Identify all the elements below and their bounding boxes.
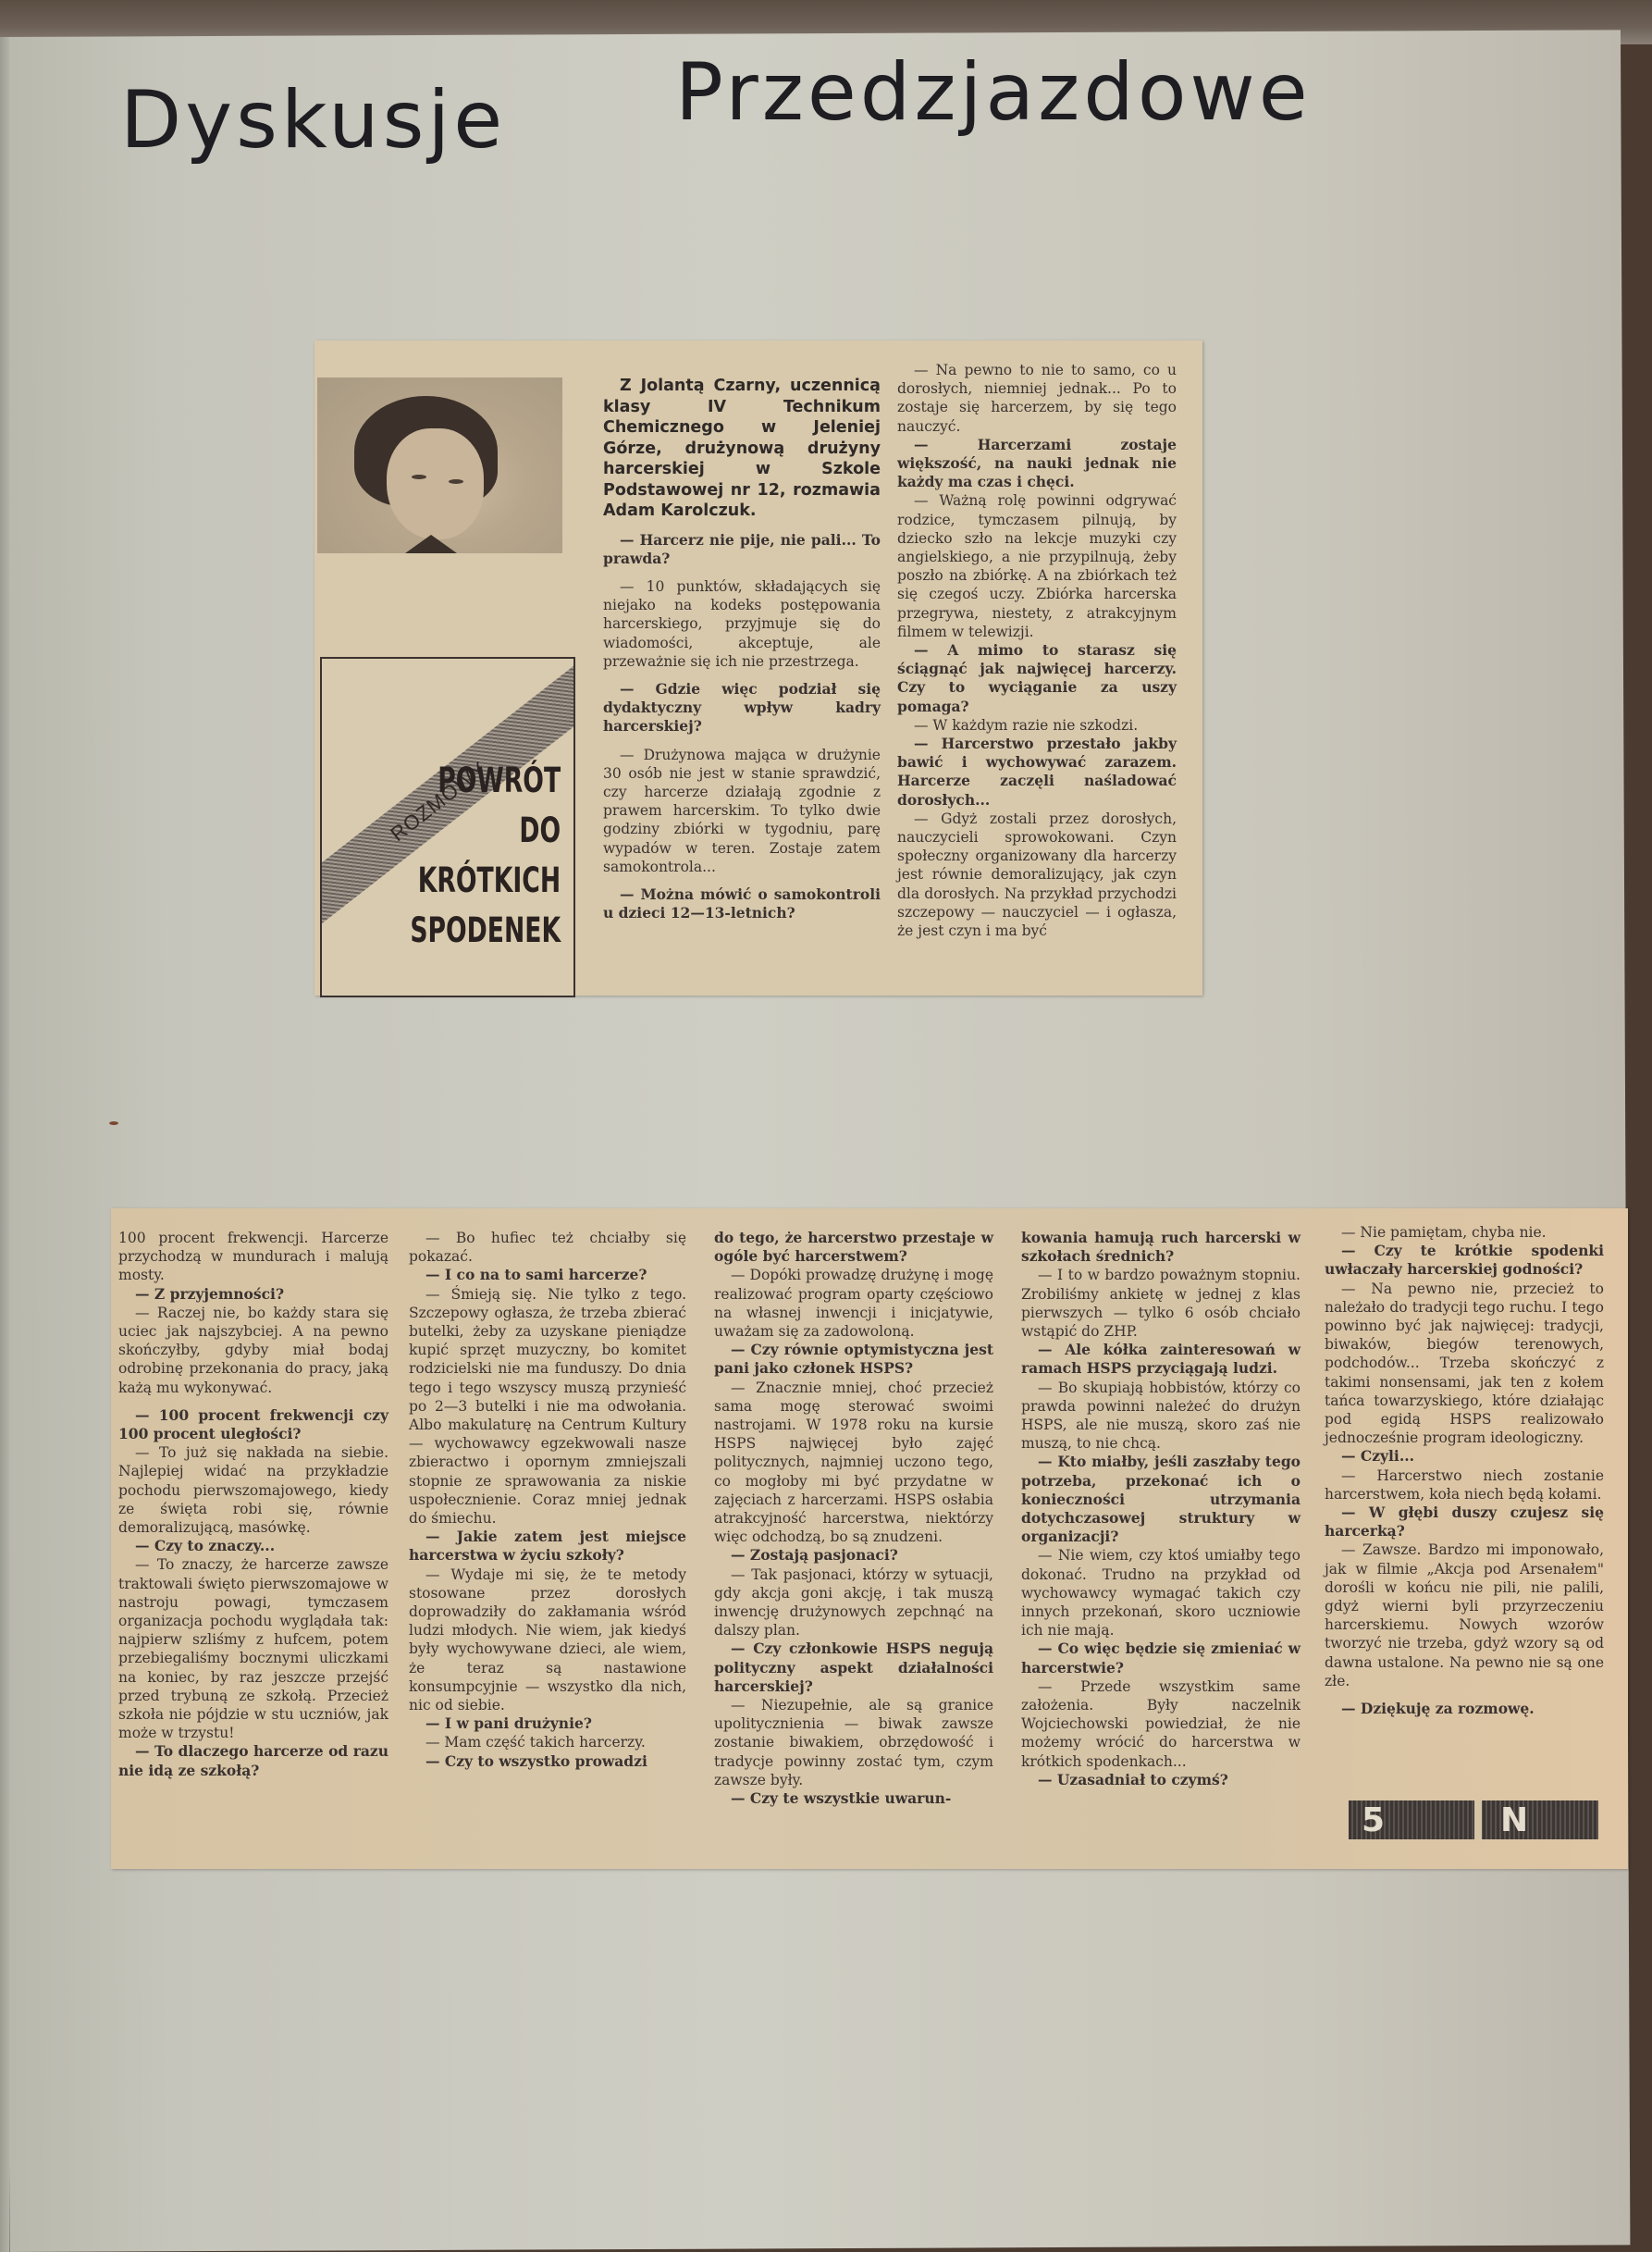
top-column-2: — Na pewno to nie to samo, co u dorosłyc… [897,361,1177,940]
top-column-1: Z Jolantą Czarny, uczennicą klasy IV Tec… [603,376,881,922]
portrait-photo [317,377,562,553]
article-headline: POWRÓT DO KRÓTKICH SPODENEK [410,756,561,956]
headline-box: ROZMOWY POWRÓT DO KRÓTKICH SPODENEK [320,657,575,997]
bottom-newspaper-clipping: 100 procent frekwencji. Harcerze przycho… [111,1208,1628,1869]
section-letter: N [1500,1801,1528,1839]
title-word-2: Przedzjazdowe [675,46,1312,139]
stain-mark [109,1121,118,1125]
page-number: 5 [1362,1801,1474,1839]
article-intro: Z Jolantą Czarny, uczennicą klasy IV Tec… [603,376,881,522]
bottom-column-5: — Nie pamiętam, chyba nie. — Czy te krót… [1325,1223,1604,1718]
title-word-1: Dyskusje [120,74,506,167]
page-number-bar: 5 N [1349,1800,1598,1839]
bottom-column-4: kowania hamują ruch harcerski w szkołach… [1021,1229,1301,1789]
bottom-column-1: 100 procent frekwencji. Harcerze przycho… [118,1229,388,1780]
bottom-column-2: — Bo hufiec też chciałby się pokazać. — … [409,1229,686,1771]
page-spine-edge [0,37,9,2252]
bottom-column-3: do tego, że harcerstwo przestaje w ogóle… [714,1229,993,1808]
top-newspaper-clipping: ROZMOWY POWRÓT DO KRÓTKICH SPODENEK Z Jo… [314,340,1202,996]
